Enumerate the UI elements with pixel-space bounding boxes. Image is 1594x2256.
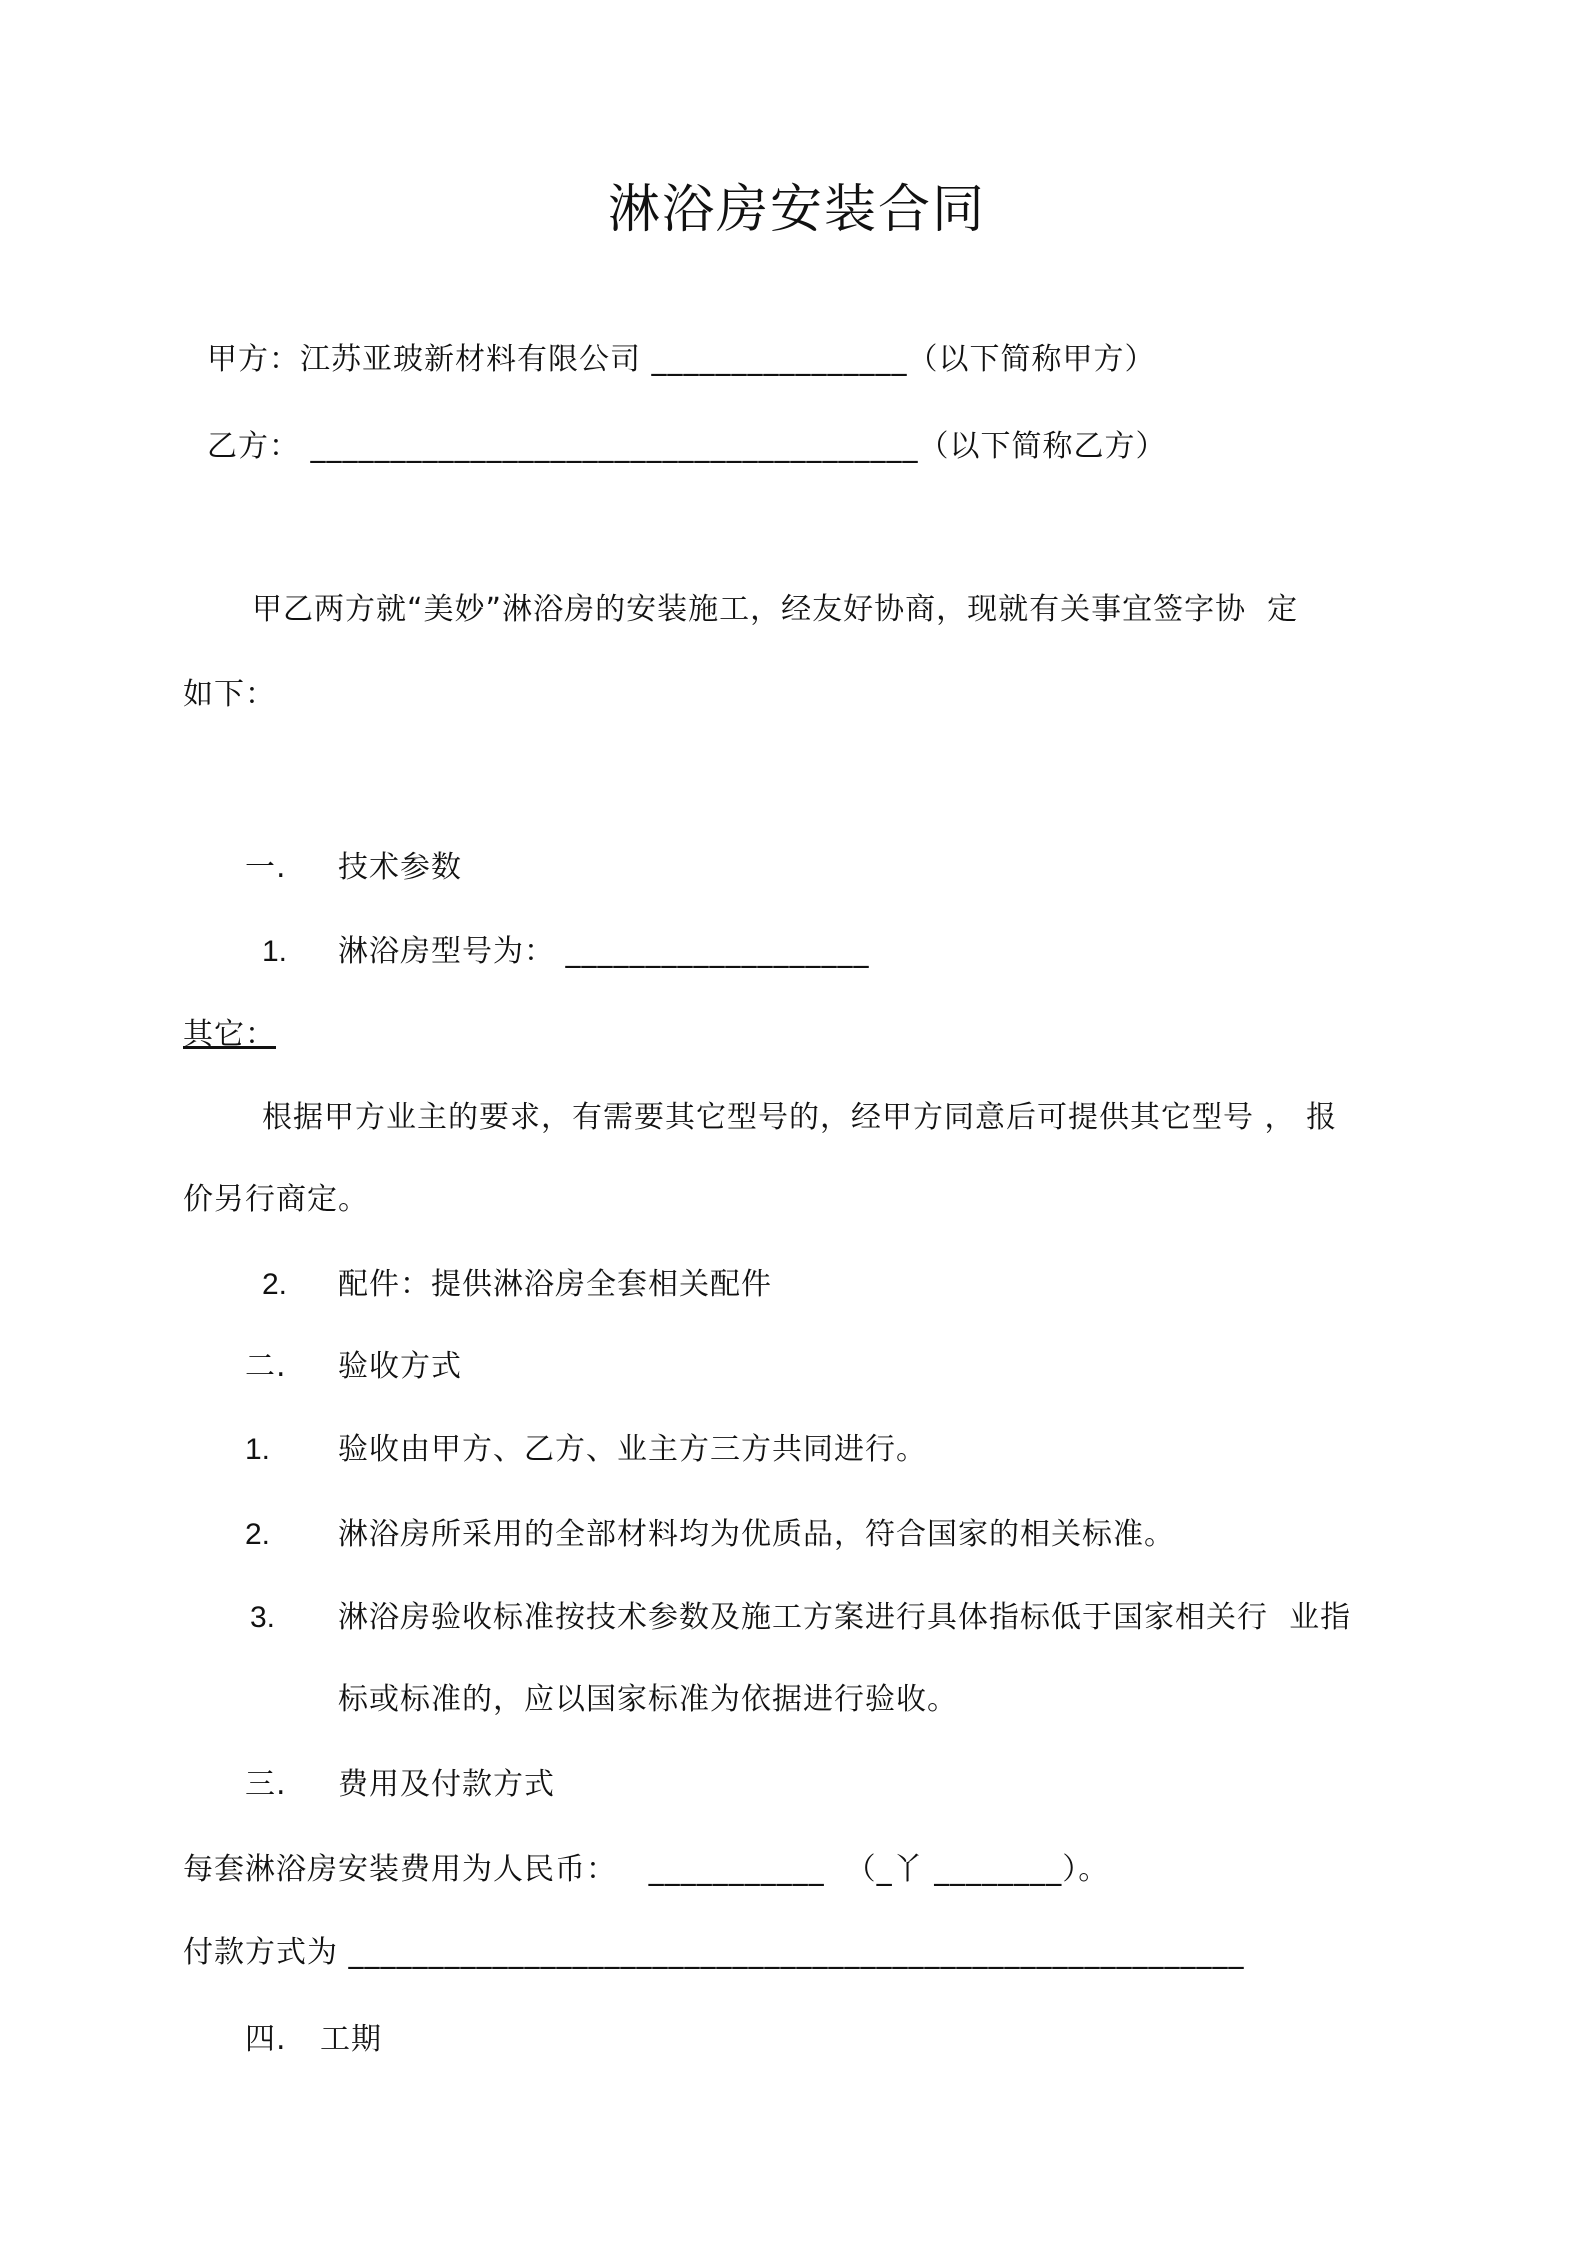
s2-item-2-number: 2.: [245, 1517, 270, 1553]
s2-item-3-text-cont: 标或标准的，应以国家标准为依据进行验收。: [338, 1682, 958, 1718]
others-line-2: 价另行商定。: [183, 1182, 369, 1218]
s2-item-1-text: 验收由甲方、乙方、业主方三方共同进行。: [338, 1432, 927, 1468]
section-4-title: 工期: [320, 2022, 382, 2058]
intro-line-1: 甲乙两方就“美妙”淋浴房的安装施工，经友好协商，现就有关事宜签字协 定: [252, 592, 1298, 628]
others-line-1: 根据甲方业主的要求，有需要其它型号的，经甲方同意后可提供其它型号 ， 报: [262, 1100, 1337, 1136]
s2-item-3-text: 淋浴房验收标准按技术参数及施工方案进行具体指标低于国家相关行 业指: [338, 1600, 1351, 1636]
s1-item-2-text: 配件：提供淋浴房全套相关配件: [338, 1267, 772, 1303]
fee-line: 每套淋浴房安装费用为人民币： ___________ （_丫 ________）…: [183, 1852, 1109, 1888]
party-b-line: 乙方： ____________________________________…: [207, 429, 1167, 465]
s1-item-1-number: 1.: [262, 934, 287, 970]
section-1-title: 技术参数: [338, 850, 462, 886]
s2-item-1-number: 1.: [245, 1432, 270, 1468]
s2-item-2-text: 淋浴房所采用的全部材料均为优质品，符合国家的相关标准。: [338, 1517, 1175, 1553]
party-a-line: 甲方：江苏亚玻新材料有限公司 ________________（以下简称甲方）: [207, 342, 1156, 378]
section-4-number: 四.: [245, 2022, 287, 2058]
intro-line-2: 如下：: [183, 677, 276, 713]
s1-item-2-number: 2.: [262, 1267, 287, 1303]
section-1-number: 一.: [245, 850, 287, 886]
s2-item-3-number: 3.: [250, 1600, 275, 1636]
document-title: 淋浴房安装合同: [0, 180, 1594, 240]
s1-item-1-text: 淋浴房型号为： ___________________: [338, 934, 870, 970]
payment-line: 付款方式为 __________________________________…: [183, 1935, 1245, 1971]
section-3-title: 费用及付款方式: [338, 1767, 555, 1803]
section-3-number: 三.: [245, 1767, 287, 1803]
others-label: 其它：: [183, 1017, 276, 1053]
section-2-number: 二.: [245, 1349, 287, 1385]
section-2-title: 验收方式: [338, 1349, 462, 1385]
